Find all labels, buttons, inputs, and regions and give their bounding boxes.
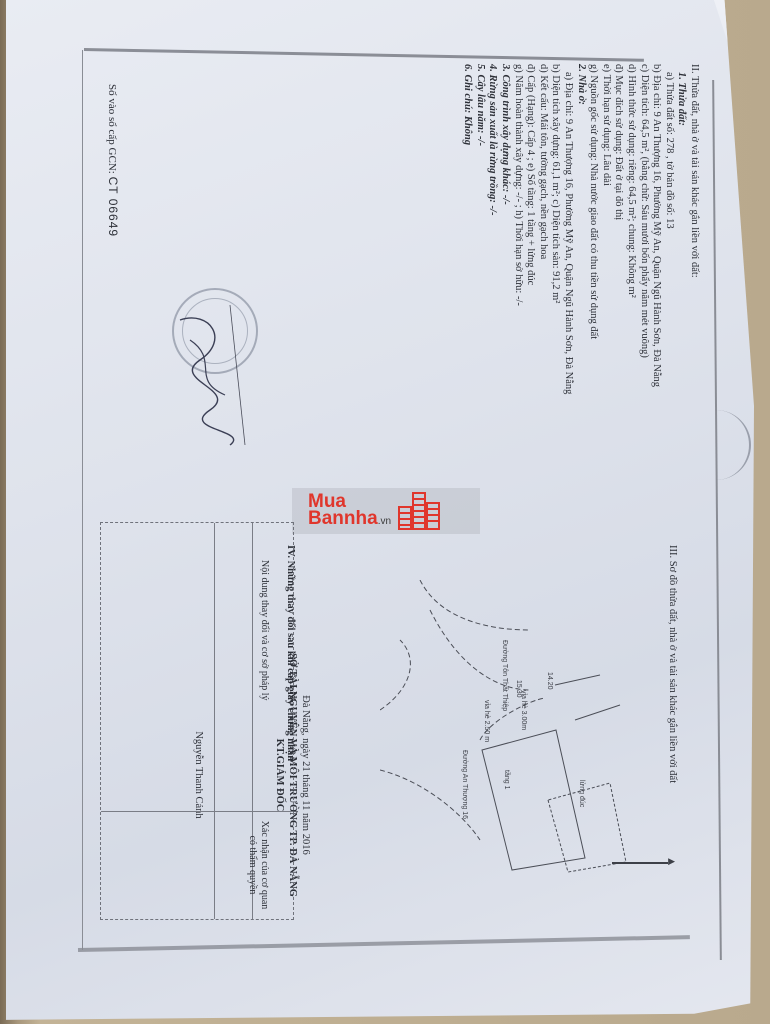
land-parcel-number: a) Thửa đất số: 278 , tờ bản đồ số: 13 (662, 64, 675, 484)
column-change-content: Nội dung thay đổi và cơ sở pháp lý (259, 560, 270, 701)
label-floor-1: tầng 1 (503, 770, 510, 789)
certificate-issue-number: Số vào sổ cấp GCN: CT 06649 (106, 84, 120, 237)
column-authority-confirmation: Xác nhận của cơ quan có thẩm quyền (246, 820, 270, 910)
label-mezzanine: lửng đúc (578, 780, 585, 807)
muabannha-watermark: Mua Bannha.vn (292, 488, 480, 534)
house-build-area: b) Diện tích xây dựng: 61,1 m²; c) Diện … (549, 64, 562, 484)
land-area: c) Diện tích: 64,5 m², (bằng chữ: Sáu mư… (637, 64, 650, 484)
house-address: a) Địa chỉ: 9 An Thượng 16, Phường Mỹ An… (561, 64, 574, 484)
notes: 6. Ghi chú: Không (461, 64, 474, 484)
watermark-brand: Mua Bannha.vn (308, 493, 391, 530)
handwritten-signature-icon (170, 300, 260, 450)
perennial-trees: 5. Cây lâu năm: -/- (473, 64, 486, 484)
house-heading: 2. Nhà ở: (574, 64, 587, 484)
section2-heading: II. Thửa đất, nhà ở và tài sản khác gắn … (687, 64, 700, 484)
north-arrow-icon (612, 862, 668, 864)
house-completion: g) Năm hoàn thành xây dựng: -/- ; h) Thờ… (511, 64, 524, 484)
land-usage-form: d) Hình thức sử dụng: riêng: 64,5 m²; ch… (624, 64, 637, 484)
sidewalk-2-5m: vỉa hè 2.50 m (483, 700, 490, 742)
table-column-divider (101, 811, 293, 812)
land-address: b) Địa chỉ: 9 An Thượng 16, Phường Mỹ An… (650, 64, 663, 484)
land-heading: 1. Thửa đất: (675, 64, 688, 484)
planted-forest: 4. Rừng sản xuất là rừng trồng: -/- (486, 64, 499, 484)
dim-long-top: 14.20 (546, 672, 553, 690)
buildings-logo-icon (397, 491, 441, 531)
street-an-thuong-16: Đường An Thượng 16 (461, 750, 468, 819)
page-border-left (82, 50, 83, 950)
issue-date: Đà Nẵng, ngày 21 tháng 11 năm 2016 (299, 555, 312, 995)
other-constructions: 3. Công trình xây dựng khác: -/- (499, 64, 512, 484)
issue-code: CT 06649 (106, 177, 120, 237)
dim-long-bottom: 15.30 (515, 680, 522, 698)
issue-label: Số vào sổ cấp GCN: (106, 84, 118, 174)
section-land-house-details: II. Thửa đất, nhà ở và tài sản khác gắn … (461, 64, 700, 484)
land-usage-purpose: đ) Mục đích sử dụng: Đất ở tại đô thị (612, 64, 625, 484)
land-origin: g) Nguồn gốc sử dụng: Nhà nước giao đất … (587, 64, 600, 484)
street-ton-that-thiep: Đường Tôn Thất Thiệp (501, 640, 508, 711)
house-grade: đ) Cấp (Hạng): Cấp 4 ; e) Số tầng: 1 tần… (524, 64, 537, 484)
house-structure: d) Kết cấu: Mái tôn, tường gạch, nền gạc… (536, 64, 549, 484)
land-usage-term: e) Thời hạn sử dụng: Lâu dài (599, 64, 612, 484)
